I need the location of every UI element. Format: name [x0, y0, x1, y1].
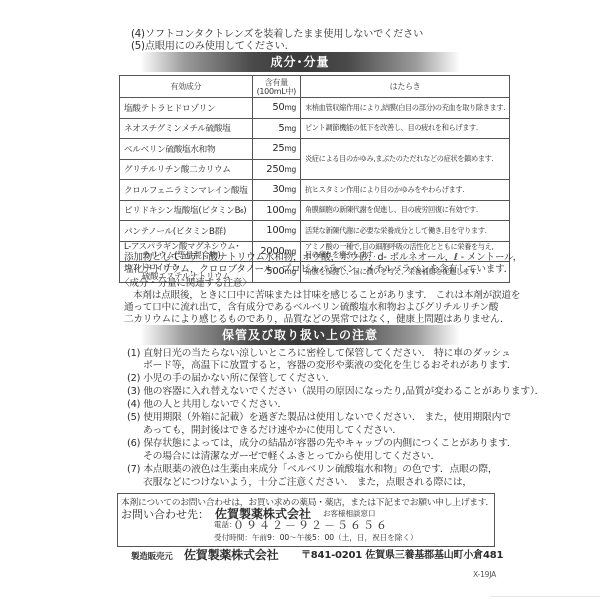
table-header-row: 有効成分 含有量 (100mL中) はたらき — [120, 76, 510, 98]
ingredient-cell: 塩酸テトラヒドロゾリン — [120, 98, 253, 119]
storage-note-3: (3) 他の容器に入れ替えないでください（誤用の原因になったり,品質が変わること… — [127, 386, 544, 398]
ingredients-section-title: 成分･分量 — [140, 52, 460, 72]
storage-note-6a: (6) 保存状態によっては，成分の結晶が容器の先やキャップの内側につくことがあり… — [127, 438, 517, 450]
maker-label: 製造販売元 — [131, 551, 173, 563]
related-caution-line1: 本剤は点眼後，ときに口中に苦味または甘味を感じることがあります． これは本剤が涙… — [133, 290, 520, 302]
table-row: クロルフェニラミンマレイン酸塩 30mg 抗ヒスタミン作用により目のかゆみをやわ… — [120, 180, 510, 201]
amount-cell: 100mg — [252, 200, 300, 221]
effect-cell: 活発な新陳代謝に必要な栄養成分として働き,目を守ります. — [300, 221, 509, 242]
package-insert-page: (4)ソフトコンタクトレンズを装着したまま使用しないでください (5)点眼用にの… — [0, 0, 600, 600]
amount-cell: 30mg — [252, 180, 300, 201]
storage-note-1a: (1) 直射日光の当たらない涼しいところに密栓して保管してください． 特に車のダ… — [127, 348, 511, 360]
ingredient-cell: ネオスチグミンメチル硫酸塩 — [120, 118, 253, 139]
additives-line2: 塩化ナトリウム，クロロブタノール，プロピルパラベン，メチルパラベンを含有していま… — [124, 264, 513, 276]
header-effect: はたらき — [300, 76, 509, 98]
ingredient-cell: ピリドキシン塩酸塩(ビタミンB₆) — [120, 200, 253, 221]
maker-address: 〒841-0201 佐賀県三養基郡基山町小倉481 — [301, 550, 503, 562]
ingredient-cell: ベルベリン硫酸塩水和物 — [120, 139, 253, 160]
business-hours: 受付時間：午前9：00～午後5：00（土，日，祝日を除く） — [214, 532, 418, 543]
amount-cell: 5mg — [252, 118, 300, 139]
storage-section-title: 保管及び取り扱い上の注意 — [140, 325, 460, 345]
effect-cell: 角膜細胞の新陳代謝を促進し、目の疲労回復に有効です. — [300, 200, 509, 221]
effect-cell: ピント調節機能の低下を改善し、目の疲れを和らげます. — [300, 118, 509, 139]
storage-note-5a: (5) 使用期限（外箱に記載）を過ぎた製品は使用しないでください． また，使用期… — [127, 412, 511, 424]
storage-note-5b: あっても，開封後はできるだけ速やかに使用してください． — [143, 425, 402, 437]
storage-note-4: (4) 他の人と共用しないでください． — [127, 399, 287, 411]
ingredient-cell: クロルフェニラミンマレイン酸塩 — [120, 180, 253, 201]
amount-cell: 25mg — [252, 139, 300, 160]
amount-cell: 50mg — [252, 98, 300, 119]
ingredient-cell: グリチルリチン酸二カリウム — [120, 159, 253, 180]
effect-cell: 末梢血管収縮作用により,結膜(白目の部分)の充血を取り除きます. — [300, 98, 509, 119]
header-amount: 含有量 (100mL中) — [252, 76, 300, 98]
effect-cell: 抗ヒスタミン作用により目のかゆみをやわらげます. — [300, 180, 509, 201]
table-row: パンテノール(ビタミンB群) 100mg 活発な新陳代謝に必要な栄養成分として働… — [120, 221, 510, 242]
table-row: 塩酸テトラヒドロゾリン 50mg 末梢血管収縮作用により,結膜(白目の部分)の充… — [120, 98, 510, 119]
storage-note-7b: 衣服などにつけないよう，十分ご注意ください． また，点眼される際には， — [143, 477, 472, 489]
header-amount-line1: 含有量 — [257, 78, 296, 87]
related-caution-title: 〈成分・分量に関連する注意〉 — [120, 278, 252, 290]
contact-label: お問い合わせ先： — [121, 506, 209, 522]
effect-cell-merged: 炎症による目のかゆみ,まぶたのただれなどの症状を鎮めます. — [300, 139, 509, 180]
storage-note-1b: ボード等，高温下に放置すると，容器の変形や薬液の変化を生じるおそれがあります． — [143, 360, 517, 372]
contact-box: 本剤についてのお問い合わせは，お買い求めの薬局・薬店，または下記までお願い申し上… — [117, 493, 495, 547]
storage-note-2: (2) 小児の手の届かない所に保管してください． — [127, 373, 335, 385]
storage-note-7a: (7) 本点眼薬の液色は生薬由来成分「ベルベリン硫酸塩水和物」の色です．点眼の際… — [127, 464, 498, 476]
document-code: X-19JA — [473, 569, 496, 581]
storage-note-6b: その場合には清潔なガーゼで軽くふきとってから使用してください． — [143, 451, 440, 463]
header-amount-line2: (100mL中) — [257, 87, 296, 96]
table-row: ネオスチグミンメチル硫酸塩 5mg ピント調節機能の低下を改善し、目の疲れを和ら… — [120, 118, 510, 139]
table-row: ベルベリン硫酸塩水和物 25mg 炎症による目のかゆみ,まぶたのただれなどの症状… — [120, 139, 510, 160]
header-ingredient: 有効成分 — [120, 76, 253, 98]
additives-line1: 添加物としてエデト酸ナトリウム水和物，ホウ酸，ホウ砂，d- ボルネオール，ℓ -… — [124, 252, 522, 264]
page-edge-shadow — [490, 596, 600, 597]
maker-name: 佐賀製薬株式会社 — [184, 549, 278, 561]
table-row: ピリドキシン塩酸塩(ビタミンB₆) 100mg 角膜細胞の新陳代謝を促進し、目の… — [120, 200, 510, 221]
related-caution-line2: 通って口中に流れ出て，含有成分であるベルベリン硫酸塩水和物およびグリチルリチン酸 — [124, 302, 498, 314]
amount-cell: 100mg — [252, 221, 300, 242]
phone-number: ０９４２－９２－５６５６ — [233, 517, 389, 533]
usage-note-4: (4)ソフトコンタクトレンズを装着したまま使用しないでください — [131, 29, 423, 41]
amount-cell: 250mg — [252, 159, 300, 180]
ingredient-cell: パンテノール(ビタミンB群) — [120, 221, 253, 242]
